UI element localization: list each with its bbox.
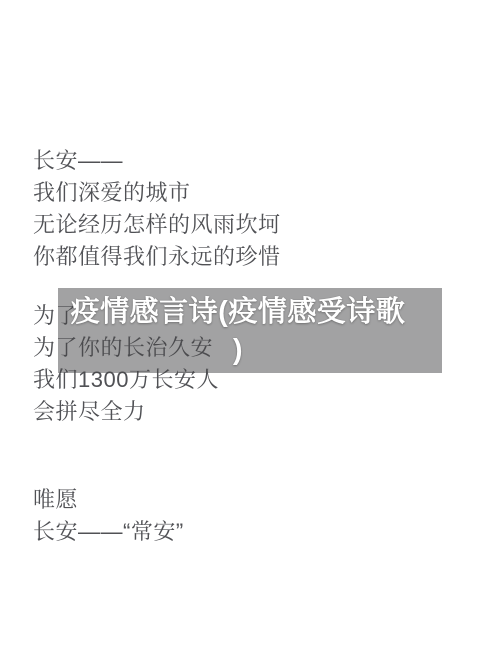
page-title-line-1: 疫情感言诗(疫情感受诗歌: [60, 293, 416, 331]
poem-line: 我们深爱的城市: [33, 177, 281, 209]
poem-line: 唯愿: [33, 484, 184, 516]
poem-stanza-1: 长安——我们深爱的城市无论经历怎样的风雨坎坷你都值得我们永远的珍惜: [33, 145, 281, 273]
page-title-overlay: 疫情感言诗(疫情感受诗歌 ): [58, 288, 442, 373]
poem-line: 你都值得我们永远的珍惜: [33, 241, 281, 273]
poem-line: 无论经历怎样的风雨坎坷: [33, 209, 281, 241]
poem-line: 会拼尽全力: [33, 396, 219, 428]
poem-line: 长安——“常安”: [33, 516, 184, 548]
poem-stanza-3: 唯愿长安——“常安”: [33, 484, 184, 548]
poem-line: 长安——: [33, 145, 281, 177]
page-title-line-2: ): [60, 331, 416, 369]
